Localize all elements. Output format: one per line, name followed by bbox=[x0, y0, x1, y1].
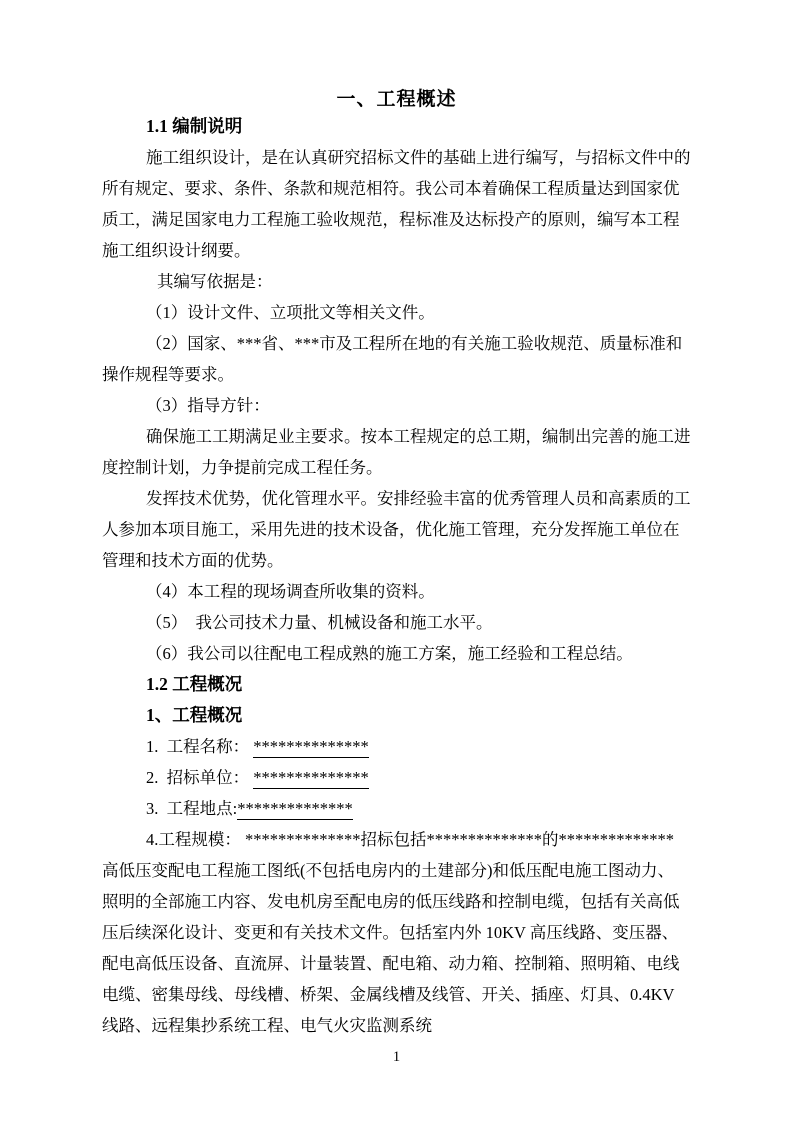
text-run: （6）我公司以往配电工程成熟的施工方案，施工经验和工程总结。 bbox=[146, 644, 633, 663]
doc-text-line: 3. 工程地点:************** bbox=[102, 793, 694, 824]
text-run: 3. 工程地点: bbox=[146, 799, 237, 818]
text-run: 人参加本项目施工，采用先进的技术设备，优化施工管理，充分发挥施工单位在 bbox=[102, 520, 680, 539]
text-run: （1）设计文件、立项批文等相关文件。 bbox=[146, 303, 435, 322]
doc-text-line: 其编写依据是： bbox=[102, 266, 694, 297]
doc-text-line: （2）国家、***省、***市及工程所在地的有关施工验收规范、质量标准和 bbox=[102, 328, 694, 359]
text-run: （3）指导方针： bbox=[146, 396, 270, 415]
doc-heading-line: 1、工程概况 bbox=[102, 700, 694, 731]
underlined-blank: ************** bbox=[237, 799, 353, 820]
text-run: 1. 工程名称： bbox=[146, 737, 253, 756]
doc-text-line: 度控制计划，力争提前完成工程任务。 bbox=[102, 452, 694, 483]
doc-text-line: 质工，满足国家电力工程施工验收规范，程标准及达标投产的原则，编写本工程 bbox=[102, 204, 694, 235]
text-run: 操作规程等要求。 bbox=[102, 365, 234, 384]
doc-text-line: 操作规程等要求。 bbox=[102, 359, 694, 390]
doc-body: 1.1 编制说明施工组织设计，是在认真研究招标文件的基础上进行编写，与招标文件中… bbox=[102, 111, 694, 1041]
text-run: 施工组织设计纲要。 bbox=[102, 241, 251, 260]
text-run: 度控制计划，力争提前完成工程任务。 bbox=[102, 458, 383, 477]
text-run: 1.2 工程概况 bbox=[146, 674, 242, 694]
text-run: 电缆、密集母线、母线槽、桥架、金属线槽及线管、开关、插座、灯具、0.4KV bbox=[102, 985, 674, 1004]
doc-text-line: 4.工程规模： **************招标包括**************… bbox=[102, 824, 694, 855]
text-run: （4）本工程的现场调查所收集的资料。 bbox=[146, 582, 435, 601]
text-run: 所有规定、要求、条件、条款和规范相符。我公司本着确保工程质量达到国家优 bbox=[102, 179, 680, 198]
text-run: （5） 我公司技术力量、机械设备和施工水平。 bbox=[146, 613, 493, 632]
text-run: 压后续深化设计、变更和有关技术文件。包括室内外 10KV 高压线路、变压器、 bbox=[102, 923, 678, 942]
doc-text-line: 所有规定、要求、条件、条款和规范相符。我公司本着确保工程质量达到国家优 bbox=[102, 173, 694, 204]
text-run: 质工，满足国家电力工程施工验收规范，程标准及达标投产的原则，编写本工程 bbox=[102, 210, 680, 229]
doc-text-line: 配电高低压设备、直流屏、计量装置、配电箱、动力箱、控制箱、照明箱、电线 bbox=[102, 948, 694, 979]
doc-heading-line: 1.1 编制说明 bbox=[102, 111, 694, 142]
text-run: 高低压变配电工程施工图纸(不包括电房内的土建部分)和低压配电施工图动力、 bbox=[102, 861, 674, 880]
doc-text-line: （4）本工程的现场调查所收集的资料。 bbox=[102, 576, 694, 607]
page-number: 1 bbox=[0, 1046, 793, 1068]
doc-text-line: 压后续深化设计、变更和有关技术文件。包括室内外 10KV 高压线路、变压器、 bbox=[102, 917, 694, 948]
underlined-blank: ************** bbox=[253, 737, 369, 758]
doc-text-line: 发挥技术优势，优化管理水平。安排经验丰富的优秀管理人员和高素质的工 bbox=[102, 483, 694, 514]
doc-text-line: 施工组织设计，是在认真研究招标文件的基础上进行编写，与招标文件中的 bbox=[102, 142, 694, 173]
doc-text-line: 确保施工工期满足业主要求。按本工程规定的总工期，编制出完善的施工进 bbox=[102, 421, 694, 452]
text-run: 管理和技术方面的优势。 bbox=[102, 551, 284, 570]
doc-text-line: 1. 工程名称： ************** bbox=[102, 731, 694, 762]
doc-text-line: 施工组织设计纲要。 bbox=[102, 235, 694, 266]
text-run: 发挥技术优势，优化管理水平。安排经验丰富的优秀管理人员和高素质的工 bbox=[146, 489, 691, 508]
doc-text-line: （6）我公司以往配电工程成熟的施工方案，施工经验和工程总结。 bbox=[102, 638, 694, 669]
text-run: 线路、远程集抄系统工程、电气火灾监测系统 bbox=[102, 1016, 432, 1035]
doc-title: 一、工程概述 bbox=[0, 88, 793, 112]
text-run: 确保施工工期满足业主要求。按本工程规定的总工期，编制出完善的施工进 bbox=[146, 427, 691, 446]
doc-text-line: 线路、远程集抄系统工程、电气火灾监测系统 bbox=[102, 1010, 694, 1041]
text-run: 2. 招标单位： bbox=[146, 768, 253, 787]
text-run: （2）国家、***省、***市及工程所在地的有关施工验收规范、质量标准和 bbox=[146, 334, 682, 353]
text-run: 其编写依据是： bbox=[157, 272, 273, 291]
doc-text-line: （1）设计文件、立项批文等相关文件。 bbox=[102, 297, 694, 328]
text-run: 4.工程规模： **************招标包括**************… bbox=[146, 830, 674, 849]
text-run: 照明的全部施工内容、发电机房至配电房的低压线路和控制电缆，包括有关高低 bbox=[102, 892, 680, 911]
doc-heading-line: 1.2 工程概况 bbox=[102, 669, 694, 700]
doc-text-line: （3）指导方针： bbox=[102, 390, 694, 421]
text-run: 配电高低压设备、直流屏、计量装置、配电箱、动力箱、控制箱、照明箱、电线 bbox=[102, 954, 680, 973]
doc-text-line: （5） 我公司技术力量、机械设备和施工水平。 bbox=[102, 607, 694, 638]
doc-text-line: 高低压变配电工程施工图纸(不包括电房内的土建部分)和低压配电施工图动力、 bbox=[102, 855, 694, 886]
text-run: 施工组织设计，是在认真研究招标文件的基础上进行编写，与招标文件中的 bbox=[146, 148, 691, 167]
text-run: 1.1 编制说明 bbox=[146, 116, 242, 136]
doc-text-line: 照明的全部施工内容、发电机房至配电房的低压线路和控制电缆，包括有关高低 bbox=[102, 886, 694, 917]
doc-text-line: 人参加本项目施工，采用先进的技术设备，优化施工管理，充分发挥施工单位在 bbox=[102, 514, 694, 545]
doc-text-line: 2. 招标单位： ************** bbox=[102, 762, 694, 793]
text-run: 1、工程概况 bbox=[146, 705, 242, 725]
document-page: 一、工程概述 1.1 编制说明施工组织设计，是在认真研究招标文件的基础上进行编写… bbox=[0, 0, 793, 1122]
doc-text-line: 管理和技术方面的优势。 bbox=[102, 545, 694, 576]
doc-text-line: 电缆、密集母线、母线槽、桥架、金属线槽及线管、开关、插座、灯具、0.4KV bbox=[102, 979, 694, 1010]
underlined-blank: ************** bbox=[253, 768, 369, 789]
